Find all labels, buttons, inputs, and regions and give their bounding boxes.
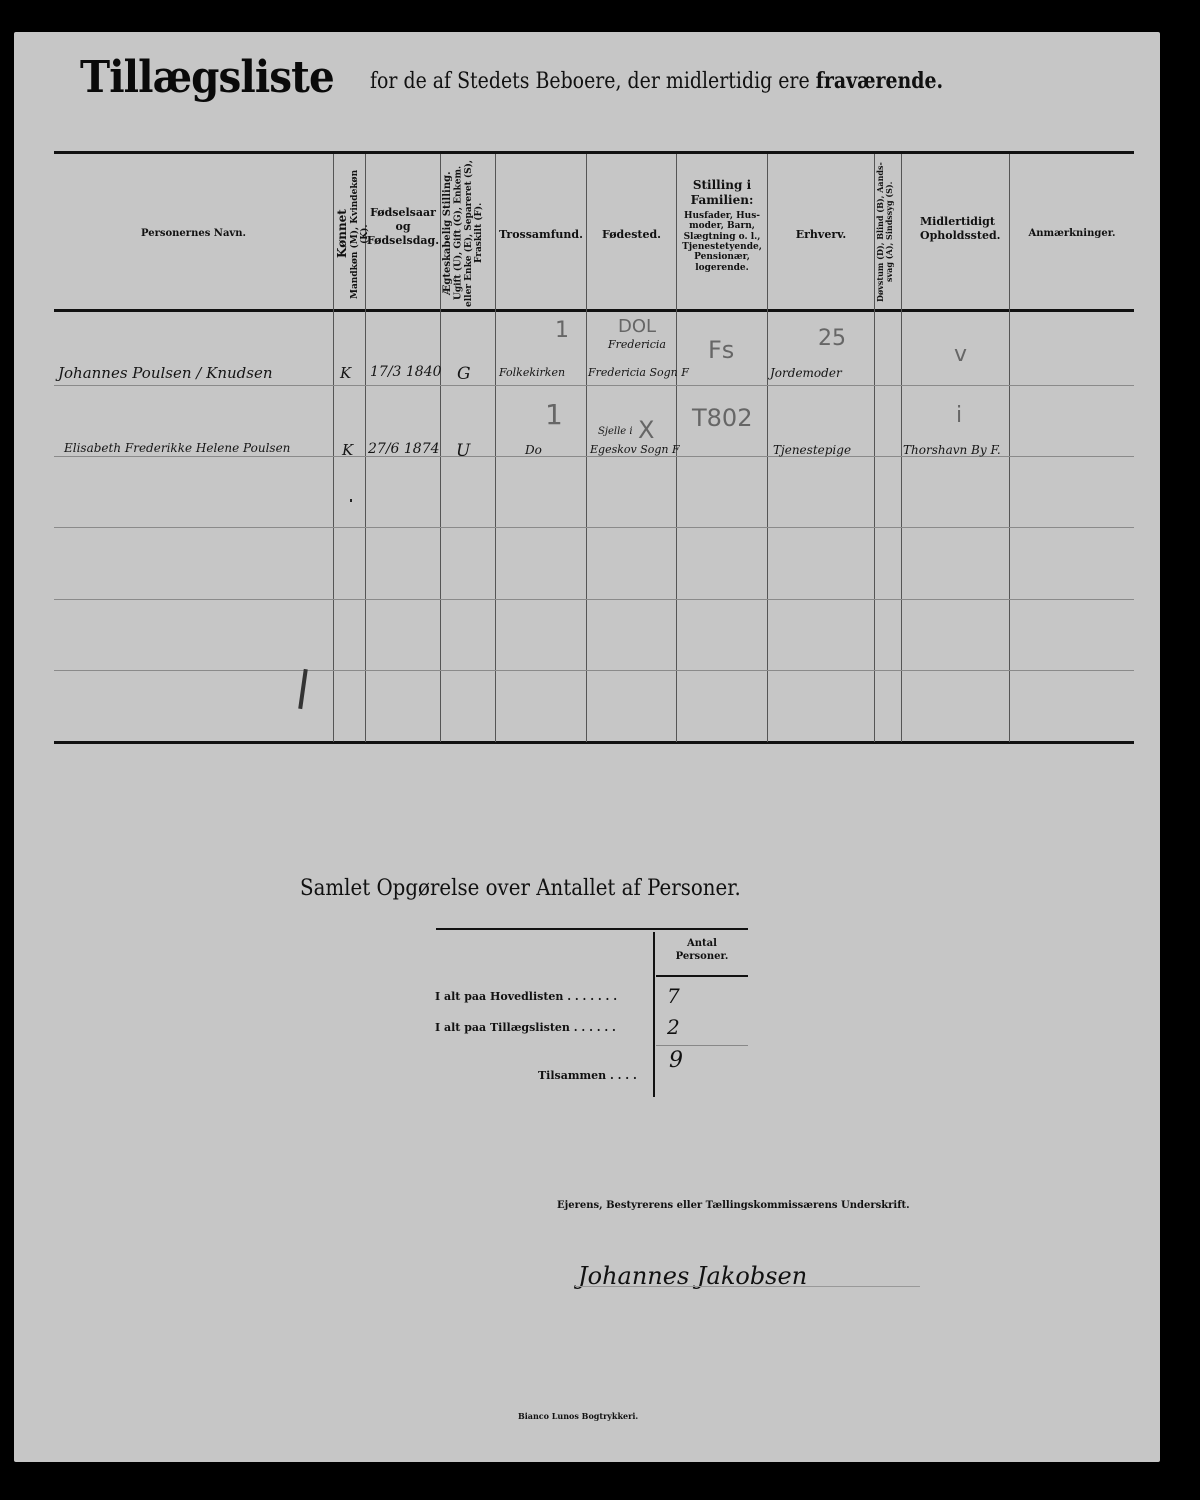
row-divider xyxy=(54,385,1134,386)
pencil-tro: 1 xyxy=(555,318,569,343)
summary-label-tillaegslisten: I alt paa Tillægslisten . . . . . . xyxy=(435,1021,616,1034)
header-trossamfund: Trossamfund. xyxy=(496,228,586,242)
pencil-fodested: DOL xyxy=(618,316,656,337)
col-divider xyxy=(586,154,587,742)
summary-top-rule xyxy=(436,928,748,930)
row-divider xyxy=(54,527,1134,528)
cell-aegteskab: G xyxy=(457,364,471,384)
summary-value-tillaegslisten: 2 xyxy=(667,1015,680,1039)
pencil-fodested: X xyxy=(638,416,654,444)
pencil-opholdssted: v xyxy=(954,342,967,367)
header-konnet: Kønnet Mandkøn (M), Kvindekøn (K). xyxy=(336,160,364,308)
cell-erhverv: Jordemoder xyxy=(770,366,842,380)
pencil-tro: 1 xyxy=(545,398,563,431)
pencil-stilling: T802 xyxy=(692,404,752,432)
table-header-bottom-rule xyxy=(54,309,1134,312)
col-divider xyxy=(767,154,768,742)
form-subtitle-text: for de af Stedets Beboere, der midlertid… xyxy=(370,69,810,94)
pencil-erhverv: 25 xyxy=(818,326,846,351)
header-anmaerkninger: Anmærkninger. xyxy=(1010,228,1134,241)
summary-label-tilsammen: Tilsammen . . . . xyxy=(538,1069,637,1082)
signature-line xyxy=(575,1286,920,1287)
cell-fodselsaar: 27/6 1874 xyxy=(368,441,440,457)
cell-tro: Folkekirken xyxy=(499,366,565,379)
ink-dot xyxy=(350,499,352,502)
signature-caption: Ejerens, Bestyrerens eller Tællingskommi… xyxy=(557,1200,910,1211)
pencil-stilling: Fs xyxy=(708,336,734,364)
col-divider xyxy=(440,154,441,742)
header-stilling-i-familien: Stilling i Familien: Husfader, Hus- mode… xyxy=(677,178,767,273)
cell-navn: Johannes Poulsen / Knudsen xyxy=(58,364,272,382)
summary-column-header: Antal Personer. xyxy=(656,938,748,963)
col-divider xyxy=(333,154,334,742)
summary-vertical-rule xyxy=(653,932,655,1097)
table-top-rule xyxy=(54,151,1134,154)
table-bottom-rule xyxy=(54,741,1134,744)
summary-value-tilsammen: 9 xyxy=(669,1048,683,1073)
form-subtitle: for de af Stedets Beboere, der midlertid… xyxy=(370,68,943,94)
row-divider xyxy=(54,670,1134,671)
summary-label-hovedlisten: I alt paa Hovedlisten . . . . . . . xyxy=(435,990,617,1003)
printer-mark: Bianco Lunos Bogtrykkeri. xyxy=(518,1411,638,1421)
cell-fodested-above: Fredericia xyxy=(608,338,666,351)
cell-kon: K xyxy=(340,364,351,382)
cell-aegteskab: U xyxy=(456,441,470,461)
col-divider xyxy=(495,154,496,742)
cell-tro: Do xyxy=(525,443,542,457)
header-fodested: Fødested. xyxy=(587,228,676,242)
summary-total-rule xyxy=(656,1045,748,1046)
pencil-opholdssted: i xyxy=(956,403,962,428)
cell-erhverv: Tjenestepige xyxy=(773,443,851,457)
census-form-page xyxy=(14,32,1160,1462)
summary-title: Samlet Opgørelse over Antallet af Person… xyxy=(300,876,741,901)
row-divider xyxy=(54,599,1134,600)
header-dovstum-blind: Døvstum (D), Blind (B), Aands- svag (A),… xyxy=(876,156,900,308)
header-personernes-navn: Personernes Navn. xyxy=(54,228,333,241)
cell-fodested: Egeskov Sogn F xyxy=(590,443,680,456)
cell-fodselsaar: 17/3 1840 xyxy=(370,364,442,380)
cell-kon: K xyxy=(342,441,353,459)
cell-opholdssted: Thorshavn By F. xyxy=(903,443,1001,457)
header-aegteskabelig-stilling: Ægteskabelig Stilling. Ugift (U), Gift (… xyxy=(442,158,494,308)
form-subtitle-bold: fraværende. xyxy=(816,68,943,94)
summary-header-rule xyxy=(656,975,748,977)
col-divider xyxy=(1009,154,1010,742)
header-fodselsaar: Fødselsaar og Fødselsdag. xyxy=(366,206,440,247)
cell-fodested-above: Sjelle i xyxy=(598,426,633,437)
summary-value-hovedlisten: 7 xyxy=(667,984,680,1008)
header-erhverv: Erhverv. xyxy=(768,228,874,242)
cell-fodested: Fredericia Sogn F xyxy=(588,366,689,379)
header-midlertidigt-opholdssted: Midlertidigt Opholdssted. xyxy=(902,215,1009,243)
form-title: Tillægsliste xyxy=(80,52,334,103)
cell-navn: Elisabeth Frederikke Helene Poulsen xyxy=(64,441,290,455)
